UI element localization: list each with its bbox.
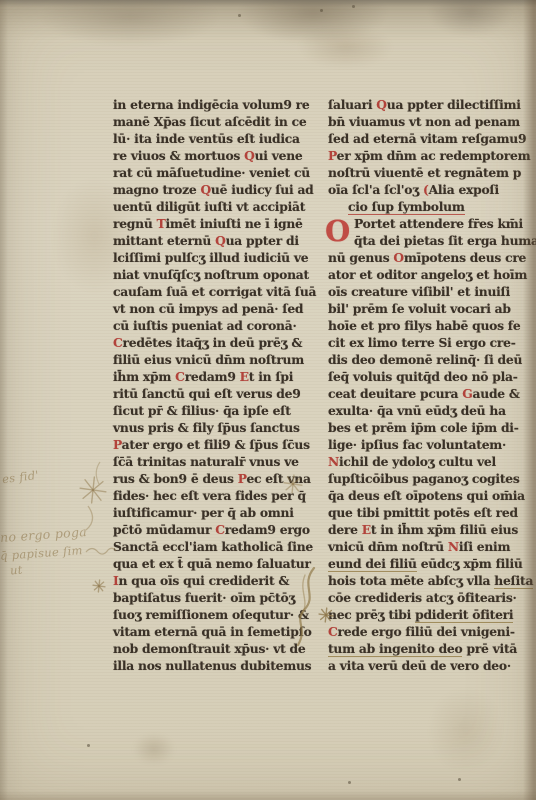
text-line: uentū diligūt iuſti vt accipiāt (113, 198, 318, 215)
text-line: bn̄ viuamus vt non ad penam (328, 113, 533, 130)
text-segment: ator et oditor angeloʒ et hoīm (328, 267, 527, 282)
margin-note: es fid' (1, 468, 39, 486)
text-segment: n qua oīs qui crediderit & (119, 573, 290, 588)
text-line: cōe credideris atcʒ ōfitearis· (328, 589, 533, 606)
text-segment: niat vnuſq̄ſcʒ noſtrum oponat (113, 267, 309, 282)
text-segment: pc̄tō mūdamur (113, 522, 215, 537)
text-segment: re viuos & mortuos (113, 148, 244, 163)
text-line: ih̄m xp̄m Credam9 Et in ſpi (113, 368, 318, 385)
text-line: dere Et in ih̄m xp̄m filiū eius (328, 521, 533, 538)
text-line: re viuos & mortuos Qui vene (113, 147, 318, 164)
paper-stain (40, 0, 220, 46)
ink-speck (352, 5, 355, 8)
text-line: Pater ergo et fili9 & ſp̄us ſc̄us (113, 436, 318, 453)
text-line: eund dei filiū eūdcʒ xp̄m filiū (328, 555, 533, 572)
text-segment: pdiderit ōfiteri (415, 607, 513, 623)
text-line: niat vnuſq̄ſcʒ noſtrum oponat (113, 266, 318, 283)
margin-note: q̄ papisue ſim (0, 543, 83, 563)
text-line: manē Xp̄as ſicut aſcēdit in ce (113, 113, 318, 130)
text-line: ſed ad eternā vitam reſgamu9 (328, 130, 533, 147)
text-segment: illa nos nullatenus dubitemus (113, 658, 311, 673)
text-segment: ceat deuitare pcura (328, 386, 462, 401)
text-segment: bn̄ viuamus vt non ad penam (328, 114, 520, 129)
text-line: dis deo demonē relinq̄· ſi deū (328, 351, 533, 368)
text-segment: ritū ſanctū qui eſt verus de9 (113, 386, 301, 401)
text-segment: a vita verū deū de vero deo· (328, 658, 511, 673)
text-segment: rat cū māſuetudine· veniet cū (113, 165, 310, 180)
text-segment: noſtrū viuentē et regnātem p (328, 165, 521, 180)
ink-speck (87, 744, 90, 747)
text-line: iuſtificamur· per q̄ ab omni (113, 504, 318, 521)
pen-curve-mark (96, 462, 100, 484)
text-segment: mittant eternū (113, 233, 215, 248)
text-segment: rede ergo filiū dei vnigeni- (338, 624, 515, 639)
text-segment: ſed ad eternā vitam reſgamu9 (328, 131, 526, 146)
text-segment: heſita (494, 573, 533, 589)
text-line: hoīe et pro filys habē quos fe (328, 317, 533, 334)
margin-star-mark (93, 580, 105, 592)
text-line: filiū eius vnicū dn̄m noſtrum (113, 351, 318, 368)
paper-stain (428, 0, 513, 36)
text-line: nob demonſtrauit xp̄us· vt de (113, 640, 318, 657)
margin-star-mark (80, 477, 106, 503)
text-line: nec prēʒ tibi pdiderit ōfiteri (328, 606, 533, 623)
text-segment: dere (328, 522, 362, 537)
text-line: regnū Timēt iniuſti ne ī ignē (113, 215, 318, 232)
text-line: Nichil de ydoloʒ cultu vel (328, 453, 533, 470)
text-segment: tum ab ingenito deo (328, 641, 462, 657)
text-segment: ec eſt vna (246, 471, 310, 486)
text-segment: redam9 (185, 369, 240, 384)
text-line: Crede ergo filiū dei vnigeni- (328, 623, 533, 640)
margin-note: no ergo poga (0, 524, 87, 545)
text-line: ator et oditor angeloʒ et hoīm (328, 266, 533, 283)
text-segment: ſeq̄ voluis quitq̄d deo nō pla- (328, 369, 518, 384)
text-segment: fides· hec eſt vera fides per q̄ (113, 488, 306, 503)
text-segment: cōe credideris atcʒ ōfitearis· (328, 590, 517, 605)
text-segment: eūdcʒ xp̄m filiū (417, 556, 523, 571)
text-segment: Portet attendere fr̄es km̄i (354, 216, 523, 231)
text-segment: eund dei filiū (328, 556, 417, 572)
text-line: cio ſup ſymbolum (328, 198, 533, 215)
text-segment: cū iuſtis pueniat ad coronā· (113, 318, 296, 333)
text-segment: magno troze (113, 182, 200, 197)
text-line: cauſam ſuā et corrigat vitā ſuā (113, 283, 318, 300)
text-line: pc̄tō mūdamur Credam9 ergo (113, 521, 318, 538)
text-line: mittant eternū Qua ppter di (113, 232, 318, 249)
text-segment: vitam eternā quā in ſemetipſo (113, 624, 312, 639)
text-line: ſuoʒ remiſſionem oſequtur· & (113, 606, 318, 623)
text-line: bes et prēm ip̄m cole ip̄m di- (328, 419, 533, 436)
text-line: fides· hec eſt vera fides per q̄ (113, 487, 318, 504)
text-segment: Sanctā eccl'iam katholicā ſine (113, 539, 313, 554)
text-segment: ſupſticōibus paganoʒ cogites (328, 471, 520, 486)
rubricated-letter: Q (244, 148, 254, 163)
text-segment: exulta· q̄a vnū eūdʒ deū ha (328, 403, 506, 418)
page-edge-shadow-bottom (0, 790, 536, 800)
text-line: lige· ipſius fac voluntatem· (328, 436, 533, 453)
text-line: ſeq̄ voluis quitq̄d deo nō pla- (328, 368, 533, 385)
text-line: vnus pris & fily ſp̄us ſanctus (113, 419, 318, 436)
text-segment: uentū diligūt iuſti vt accipiāt (113, 199, 305, 214)
text-line: cit ex limo terre Si ergo cre- (328, 334, 533, 351)
text-segment: ſicut pr̄ & filius· q̄a ipſe eſt (113, 403, 291, 418)
text-line: in eterna indigēcia volum9 re (113, 96, 318, 113)
text-line: illa nos nullatenus dubitemus (113, 657, 318, 674)
text-segment: t in ih̄m xp̄m filiū eius (371, 522, 518, 537)
manuscript-page: in eterna indigēcia volum9 remanē Xp̄as … (0, 0, 536, 800)
rubricated-letter: O (393, 250, 403, 265)
paper-stain (238, 0, 388, 44)
text-line: que tibi pmittit potēs eſt red (328, 504, 533, 521)
text-segment: prē vitā (462, 641, 517, 656)
text-segment: ſaluari (328, 97, 376, 112)
ink-speck (238, 14, 241, 17)
text-segment: in eterna indigēcia volum9 re (113, 97, 309, 112)
text-segment: iſi enim (459, 539, 510, 554)
text-segment: cauſam ſuā et corrigat vitā ſuā (113, 284, 316, 299)
pen-tail-mark (86, 506, 93, 530)
margin-note: ut (9, 562, 23, 577)
text-line: hois tota mēte abſcʒ vlla heſita (328, 572, 533, 589)
text-segment: iuſtificamur· per q̄ ab omni (113, 505, 294, 520)
text-segment: dis deo demonē relinq̄· ſi deū (328, 352, 522, 367)
rubricated-letter: C (175, 369, 185, 384)
text-segment: qua et ex t̄ quā nemo ſaluatur (113, 556, 311, 571)
rubricated-letter: E (362, 522, 371, 537)
text-line: cū iuſtis pueniat ad coronā· (113, 317, 318, 334)
rubricated-letter: P (113, 437, 122, 452)
text-line: OPortet attendere fr̄es km̄i (328, 215, 533, 232)
text-segment: Alia expoſi (429, 182, 499, 197)
text-segment: regnū (113, 216, 157, 231)
text-segment: ui vene (255, 148, 303, 163)
text-segment: q̄a deus eſt oīpotens qui om̄ia (328, 488, 525, 503)
text-segment: ater ergo et fili9 & ſp̄us ſc̄us (122, 437, 310, 452)
text-line: a vita verū deū de vero deo· (328, 657, 533, 674)
text-segment: ua ppter di (226, 233, 299, 248)
rubricated-letter: Q (376, 97, 386, 112)
text-column-right: ſaluari Qua ppter dilectiſſimibn̄ viuamu… (328, 96, 533, 674)
rubricated-letter: Q (200, 182, 210, 197)
rubricated-letter: C (215, 522, 225, 537)
text-segment: t in ſpi (249, 369, 293, 384)
text-segment: er xp̄m dn̄m ac redemptorem (337, 148, 531, 163)
text-segment: oīs creature viſibil' et inuiſi (328, 284, 510, 299)
rubricated-letter: P (328, 148, 337, 163)
text-segment: hois tota mēte abſcʒ vlla (328, 573, 494, 588)
text-line: bil' prēm ſe voluit vocari ab (328, 300, 533, 317)
paper-stain (298, 26, 393, 68)
pen-squiggle-mark (86, 548, 116, 554)
text-segment: uē iudicy ſui ad (211, 182, 314, 197)
text-segment: oīa ſcl'a ſcl'oʒ (328, 182, 423, 197)
rubricated-letter: G (462, 386, 472, 401)
text-line: magno troze Quē iudicy ſui ad (113, 181, 318, 198)
text-segment: bil' prēm ſe voluit vocari ab (328, 301, 511, 316)
paper-stain (133, 733, 175, 765)
text-line: baptiſatus fuerit· oīm pc̄tōʒ (113, 589, 318, 606)
text-segment: ſuoʒ remiſſionem oſequtur· & (113, 607, 309, 622)
text-line: Credētes itaq̄ʒ in deū prēʒ & (113, 334, 318, 351)
text-segment: hoīe et pro filys habē quos fe (328, 318, 520, 333)
text-line: noſtrū viuentē et regnātem p (328, 164, 533, 181)
text-line: vnicū dn̄m noſtrū Niſi enim (328, 538, 533, 555)
text-segment: aude & (473, 386, 520, 401)
rubricated-letter: C (113, 335, 123, 350)
page-edge-shadow-top (0, 0, 536, 7)
rubricated-letter: E (240, 369, 249, 384)
text-segment: redētes itaq̄ʒ in deū prēʒ & (123, 335, 303, 350)
text-segment: mīpotens deus cre (404, 250, 526, 265)
text-segment: q̄ta dei pietas ſit erga huma (354, 233, 536, 248)
text-segment: filiū eius vnicū dn̄m noſtrum (113, 352, 304, 367)
text-segment: cio ſup ſymbolum (348, 199, 465, 215)
text-line: q̄ta dei pietas ſit erga huma (328, 232, 533, 249)
paper-stain (428, 688, 503, 773)
text-segment: que tibi pmittit potēs eſt red (328, 505, 518, 520)
text-line: ſicut pr̄ & filius· q̄a ipſe eſt (113, 402, 318, 419)
text-segment: nū genus (328, 250, 393, 265)
text-segment: lū· ita inde ventūs eſt iudica (113, 131, 300, 146)
text-line: ritū ſanctū qui eſt verus de9 (113, 385, 318, 402)
text-segment: imēt iniuſti ne ī ignē (165, 216, 302, 231)
text-segment: nob demonſtrauit xp̄us· vt de (113, 641, 305, 656)
text-line: ſc̄ā trinitas naturalr̄ vnus ve (113, 453, 318, 470)
text-column-left: in eterna indigēcia volum9 remanē Xp̄as … (113, 96, 318, 674)
text-line: Sanctā eccl'iam katholicā ſine (113, 538, 318, 555)
rubricated-letter: N (448, 539, 459, 554)
text-segment: ih̄m xp̄m (113, 369, 175, 384)
text-line: In qua oīs qui crediderit & (113, 572, 318, 589)
text-segment: ua ppter dilectiſſimi (387, 97, 521, 112)
text-line: oīa ſcl'a ſcl'oʒ (Alia expoſi (328, 181, 533, 198)
text-segment: ſc̄ā trinitas naturalr̄ vnus ve (113, 454, 299, 469)
ink-speck (320, 9, 323, 12)
text-line: q̄a deus eſt oīpotens qui om̄ia (328, 487, 533, 504)
text-segment: vt non cū impys ad penā· ſed (113, 301, 303, 316)
text-segment: cit ex limo terre Si ergo cre- (328, 335, 516, 350)
rubricated-letter: C (328, 624, 338, 639)
ink-speck (348, 781, 351, 784)
text-segment: bes et prēm ip̄m cole ip̄m di- (328, 420, 519, 435)
text-segment: vnus pris & fily ſp̄us ſanctus (113, 420, 300, 435)
text-line: tum ab ingenito deo prē vitā (328, 640, 533, 657)
text-line: nū genus Omīpotens deus cre (328, 249, 533, 266)
text-segment: baptiſatus fuerit· oīm pc̄tōʒ (113, 590, 295, 605)
text-segment: nec prēʒ tibi (328, 607, 415, 622)
text-line: Per xp̄m dn̄m ac redemptorem (328, 147, 533, 164)
text-segment: lige· ipſius fac voluntatem· (328, 437, 506, 452)
text-line: oīs creature viſibil' et inuiſi (328, 283, 533, 300)
text-segment: vnicū dn̄m noſtrū (328, 539, 448, 554)
text-line: lciſſimi pulſcʒ illud iudiciū ve (113, 249, 318, 266)
ink-speck (458, 778, 461, 781)
text-line: ceat deuitare pcura Gaude & (328, 385, 533, 402)
rubricated-letter: Q (215, 233, 225, 248)
rubricated-letter: N (328, 454, 339, 469)
text-line: rus & bon9 ē deus Pec eſt vna (113, 470, 318, 487)
page-edge-shadow-left (0, 0, 8, 800)
text-line: vt non cū impys ad penā· ſed (113, 300, 318, 317)
text-line: rat cū māſuetudine· veniet cū (113, 164, 318, 181)
text-line: vitam eternā quā in ſemetipſo (113, 623, 318, 640)
text-line: ſupſticōibus paganoʒ cogites (328, 470, 533, 487)
text-segment: lciſſimi pulſcʒ illud iudiciū ve (113, 250, 308, 265)
text-segment: rus & bon9 ē deus (113, 471, 238, 486)
text-segment: manē Xp̄as ſicut aſcēdit in ce (113, 114, 306, 129)
text-segment: redam9 ergo (225, 522, 310, 537)
text-line: exulta· q̄a vnū eūdʒ deū ha (328, 402, 533, 419)
text-line: qua et ex t̄ quā nemo ſaluatur (113, 555, 318, 572)
text-segment: ichil de ydoloʒ cultu vel (339, 454, 496, 469)
text-line: ſaluari Qua ppter dilectiſſimi (328, 96, 533, 113)
text-line: lū· ita inde ventūs eſt iudica (113, 130, 318, 147)
